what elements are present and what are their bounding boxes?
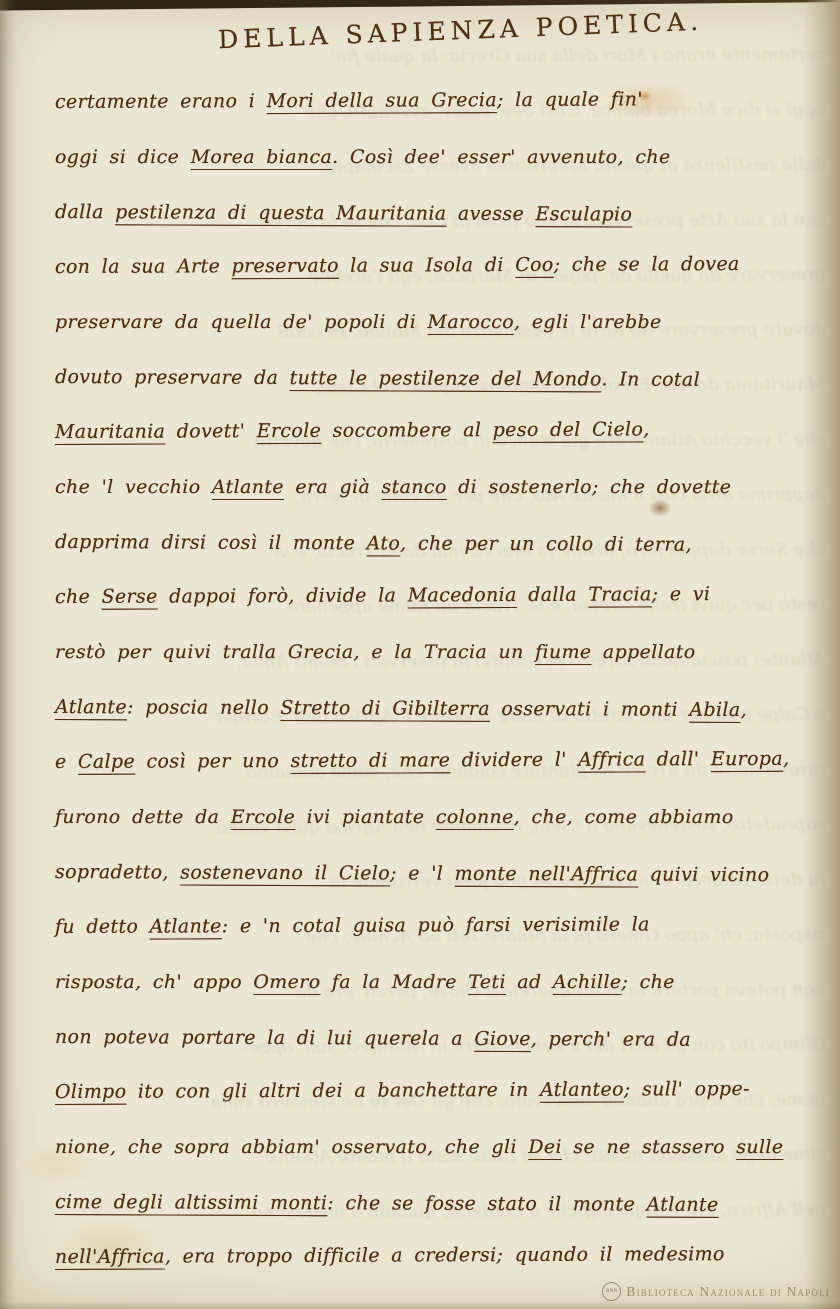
underlined-phrase: colonne <box>436 806 514 828</box>
text-segment: certamente erano i <box>55 90 267 113</box>
underlined-phrase: Mori della sua Grecia <box>267 89 497 112</box>
underlined-phrase: sostenevano il Cielo <box>180 862 390 885</box>
bottom-edge-shadow <box>0 1301 840 1309</box>
library-logo-monogram: BNN <box>606 1289 618 1294</box>
underlined-phrase: Atlante <box>647 1194 719 1216</box>
manuscript-page: certamente erano i Mori della sua Grecia… <box>0 0 840 1309</box>
right-edge-shadow <box>804 0 840 1309</box>
library-logo-icon: BNN <box>602 1282 621 1301</box>
left-edge-shadow <box>0 0 16 1309</box>
text-segment: ad <box>506 971 553 993</box>
text-segment: , <box>643 418 650 440</box>
library-watermark-label: Biblioteca Nazionale di Napoli <box>626 1284 830 1300</box>
manuscript-line: furono dette da Ercole ivi piantate colo… <box>55 790 807 845</box>
manuscript-line: con la sua Arte preservato la sua Isola … <box>55 237 807 295</box>
text-segment: dall' <box>645 748 711 770</box>
text-segment: nione, che sopra abbiam' osservato, che … <box>55 1136 528 1158</box>
underlined-phrase: Ercole <box>231 806 296 828</box>
manuscript-line: e Calpe così per uno stretto di mare div… <box>55 732 807 790</box>
underlined-phrase: pestilenza di questa Mauritania <box>115 201 446 224</box>
underlined-phrase: Mauritania <box>55 421 165 443</box>
underlined-phrase: preservato <box>232 255 339 277</box>
text-segment: osservati i monti <box>490 698 690 721</box>
text-segment: : poscia nello <box>127 696 280 719</box>
underlined-phrase: sulle <box>736 1136 783 1158</box>
underlined-phrase: Affrica <box>578 748 645 770</box>
manuscript-line: dapprima dirsi così il monte Ato, che pe… <box>55 515 807 573</box>
text-segment: . In cotal <box>601 368 700 390</box>
text-segment: ivi piantate <box>295 806 436 828</box>
text-segment: avesse <box>446 203 535 225</box>
text-segment: ; e 'l <box>390 862 455 884</box>
underlined-phrase: stanco <box>382 476 447 498</box>
text-segment: restò per quivi tralla Grecia, e la Trac… <box>55 641 535 663</box>
underlined-phrase: Ato <box>367 532 401 554</box>
text-segment: ; che <box>621 971 674 993</box>
underlined-phrase: Esculapio <box>535 203 632 225</box>
text-segment: soccombere al <box>321 419 493 442</box>
text-segment: preservare da quella de' popoli di <box>55 311 428 333</box>
text-segment: ; la quale fin' <box>497 88 643 111</box>
underlined-phrase: Ercole <box>257 420 322 442</box>
text-segment: , che per un collo di terra, <box>400 533 692 556</box>
text-segment: ; sull' oppe- <box>624 1078 750 1101</box>
manuscript-line: risposta, ch' appo Omero fa la Madre Tet… <box>55 955 807 1010</box>
manuscript-line: oggi si dice Morea bianca. Così dee' ess… <box>55 130 807 185</box>
underlined-phrase: Macedonia <box>408 584 517 606</box>
text-segment: ito con gli altri dei a banchettare in <box>126 1079 540 1103</box>
manuscript-line: Mauritania dovett' Ercole soccombere al … <box>55 402 807 460</box>
underlined-phrase: peso del Cielo <box>493 418 644 441</box>
underlined-phrase: tutte le pestilenze del Mondo <box>290 367 602 390</box>
underlined-phrase: Giove <box>474 1028 531 1050</box>
page-title: DELLA SAPIENZA POETICA. <box>218 7 704 55</box>
underlined-phrase: nell'Affrica <box>55 1246 165 1268</box>
underlined-phrase: Marocco <box>428 311 514 333</box>
manuscript-line: restò per quivi tralla Grecia, e la Trac… <box>55 625 807 680</box>
manuscript-line: cime degli altissimi monti: che se fosse… <box>55 1175 807 1233</box>
text-segment: ; che se la dovea <box>554 253 740 276</box>
text-segment: che 'l vecchio <box>55 476 212 498</box>
text-segment: fa la Madre <box>320 971 468 993</box>
underlined-phrase: Serse <box>102 586 158 608</box>
underlined-phrase: monte nell'Affrica <box>455 863 639 886</box>
text-segment: dovett' <box>165 420 256 442</box>
text-segment: dappoi forò, divide la <box>158 584 408 607</box>
manuscript-line: Olimpo ito con gli altri dei a banchetta… <box>55 1062 807 1120</box>
text-segment: che <box>55 586 102 608</box>
underlined-phrase: fiume <box>535 641 591 663</box>
text-segment: : che se fosse stato il monte <box>327 1192 646 1215</box>
text-segment: se ne stassero <box>562 1136 736 1158</box>
text-segment: , perch' era da <box>531 1028 691 1051</box>
text-segment: fu detto <box>55 916 150 938</box>
manuscript-line: nione, che sopra abbiam' osservato, che … <box>55 1120 807 1175</box>
manuscript-line: Atlante: poscia nello Stretto di Gibilte… <box>55 680 807 738</box>
text-segment: dalla <box>55 201 115 223</box>
underlined-phrase: Atlante <box>150 915 222 937</box>
text-segment: dovuto preservare da <box>55 366 290 389</box>
text-segment: la sua Isola di <box>339 254 515 277</box>
text-segment: risposta, ch' appo <box>55 971 253 993</box>
underlined-phrase: Dei <box>528 1136 562 1158</box>
text-segment: , egli l'arebbe <box>514 311 662 333</box>
underlined-phrase: Achille <box>553 971 622 993</box>
text-segment: appellato <box>592 641 696 663</box>
manuscript-line: preservare da quella de' popoli di Maroc… <box>55 295 807 350</box>
text-segment: così per uno <box>135 750 291 773</box>
text-segment: , era troppo difficile a credersi; quand… <box>165 1243 725 1267</box>
text-segment: dapprima dirsi così il monte <box>55 531 367 554</box>
text-segment: dalla <box>517 584 589 606</box>
text-segment: non poteva portare la di lui querela a <box>55 1026 475 1050</box>
underlined-phrase: stretto di mare <box>291 749 451 772</box>
underlined-phrase: Atlante <box>212 476 284 498</box>
underlined-phrase: Stretto di Gibilterra <box>280 697 490 720</box>
text-segment: ; e vi <box>652 583 711 605</box>
manuscript-line: sopradetto, sostenevano il Cielo; e 'l m… <box>55 845 807 903</box>
text-segment: oggi si dice <box>55 146 191 168</box>
underlined-phrase: cime degli altissimi monti <box>55 1191 327 1214</box>
manuscript-line: che Serse dappoi forò, divide la Macedon… <box>55 567 807 625</box>
text-segment: dividere l' <box>450 749 578 772</box>
underlined-phrase: Omero <box>253 971 320 993</box>
underlined-phrase: Atlanteo <box>540 1079 624 1101</box>
underlined-phrase: Abila <box>689 699 740 721</box>
manuscript-lines: certamente erano i Mori della sua Grecia… <box>55 75 810 1285</box>
text-segment: con la sua Arte <box>55 255 232 278</box>
top-edge-shadow <box>0 0 840 11</box>
text-segment: , <box>741 699 748 721</box>
text-segment: sopradetto, <box>55 861 180 884</box>
library-watermark: BNN Biblioteca Nazionale di Napoli <box>602 1282 830 1301</box>
text-segment: e <box>55 751 78 773</box>
text-segment: di sostenerlo; che dovette <box>447 476 732 498</box>
manuscript-line: dovuto preservare da tutte le pestilenze… <box>55 350 807 408</box>
text-segment: , <box>783 748 790 770</box>
text-segment: . Così dee' esser' avvenuto, che <box>332 146 670 168</box>
text-segment: : e 'n cotal guisa può farsi verisimile … <box>222 913 650 937</box>
manuscript-line: che 'l vecchio Atlante era già stanco di… <box>55 460 807 515</box>
underlined-phrase: Coo <box>515 254 554 276</box>
underlined-phrase: Olimpo <box>55 1081 127 1103</box>
text-segment: era già <box>284 476 382 498</box>
text-segment: quivi vicino <box>638 864 769 887</box>
manuscript-line: certamente erano i Mori della sua Grecia… <box>55 72 807 130</box>
underlined-phrase: Tracia <box>588 583 651 605</box>
bleed-through-line: certamente erano i Mori della sua Grecia… <box>6 44 826 69</box>
manuscript-line: fu detto Atlante: e 'n cotal guisa può f… <box>55 897 807 955</box>
underlined-phrase: Atlante <box>55 696 127 718</box>
manuscript-line: nell'Affrica, era troppo difficile a cre… <box>55 1227 807 1285</box>
text-segment: furono dette da <box>55 806 231 828</box>
manuscript-line: dalla pestilenza di questa Mauritania av… <box>55 185 807 243</box>
underlined-phrase: Calpe <box>78 751 135 773</box>
underlined-phrase: Teti <box>468 971 506 993</box>
underlined-phrase: Morea bianca <box>191 146 333 168</box>
underlined-phrase: Europa <box>711 748 783 770</box>
manuscript-line: non poteva portare la di lui querela a G… <box>55 1010 807 1068</box>
text-segment: , che, come abbiamo <box>514 806 734 828</box>
